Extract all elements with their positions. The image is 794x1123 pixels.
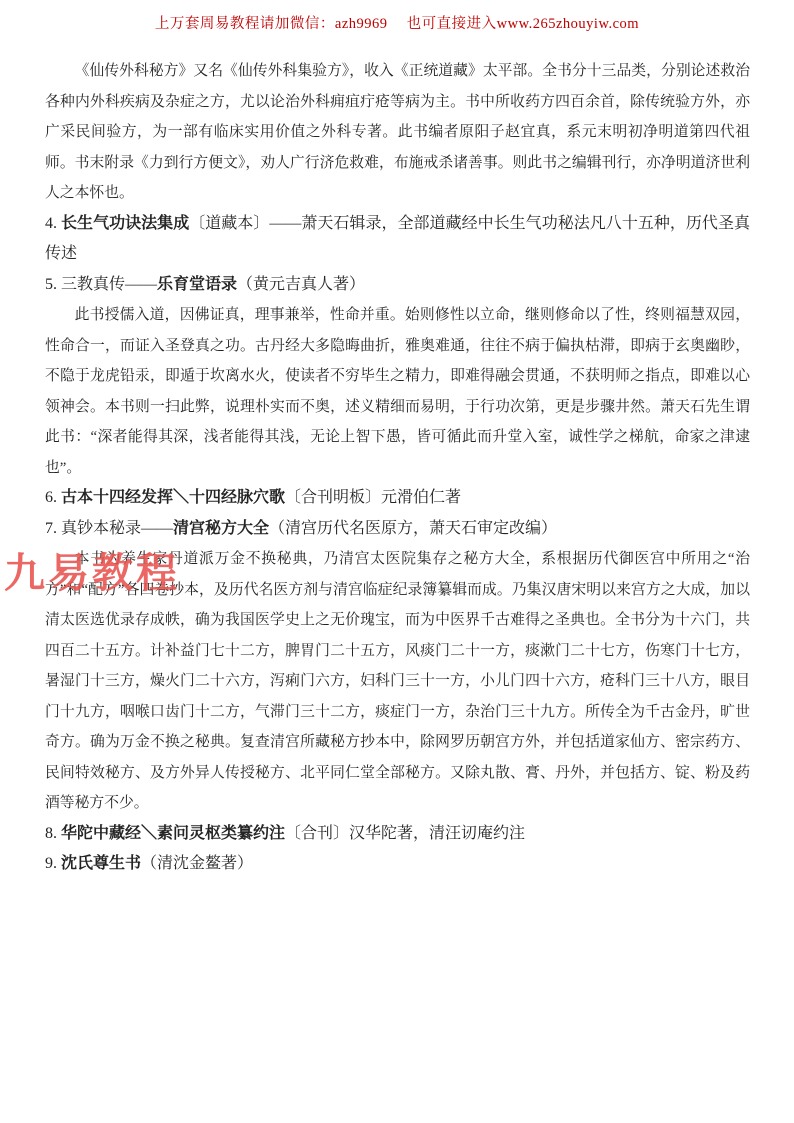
- catalog-item: 7. 真钞本秘录——清宫秘方大全（清宫历代名医原方，萧天石审定改编）: [45, 514, 750, 545]
- text-run: 《仙传外科秘方》又名《仙传外科集验方》，收入《正统道藏》太平部。全书分十三品类，…: [45, 63, 750, 201]
- text-run: （清宫历代名医原方，萧天石审定改编）: [269, 520, 557, 537]
- text-run: 〔合刊明板〕元滑伯仁著: [285, 489, 461, 506]
- promo-header-text: 上万套周易教程请加微信：azh9969 也可直接进入www.265zhouyiw…: [0, 12, 794, 33]
- book-title: 华陀中藏经＼素问灵枢类纂约注: [61, 825, 285, 842]
- book-title: 乐育堂语录: [157, 276, 237, 293]
- paragraph: 此书授儒入道，因佛证真，理事兼举，性命并重。始则修性以立命，继则修命以了性，终则…: [45, 300, 750, 483]
- text-run: 7. 真钞本秘录——: [45, 520, 173, 537]
- text-run: 5. 三教真传——: [45, 276, 157, 293]
- text-run: 6.: [45, 489, 61, 506]
- catalog-item: 9. 沈氏尊生书（清沈金鳌著）: [45, 849, 750, 880]
- text-run: 9.: [45, 855, 61, 872]
- book-title: 长生气功诀法集成: [61, 215, 189, 232]
- text-run: 4.: [45, 215, 61, 232]
- catalog-item: 6. 古本十四经发挥＼十四经脉穴歌〔合刊明板〕元滑伯仁著: [45, 483, 750, 514]
- book-title: 沈氏尊生书: [61, 855, 141, 872]
- text-run: 8.: [45, 825, 61, 842]
- paragraph: 《仙传外科秘方》又名《仙传外科集验方》，收入《正统道藏》太平部。全书分十三品类，…: [45, 56, 750, 209]
- document-page: 上万套周易教程请加微信：azh9969 也可直接进入www.265zhouyiw…: [0, 0, 794, 1123]
- catalog-item: 8. 华陀中藏经＼素问灵枢类纂约注〔合刊〕汉华陀著，清汪讱庵约注: [45, 819, 750, 850]
- text-run: 此书授儒入道，因佛证真，理事兼举，性命并重。始则修性以立命，继则修命以了性，终则…: [45, 307, 750, 476]
- book-title: 古本十四经发挥＼十四经脉穴歌: [61, 489, 285, 506]
- text-run: 〔合刊〕汉华陀著，清汪讱庵约注: [285, 825, 525, 842]
- catalog-item: 5. 三教真传——乐育堂语录（黄元吉真人著）: [45, 270, 750, 301]
- catalog-item: 4. 长生气功诀法集成〔道藏本〕——萧天石辑录，全部道藏经中长生气功秘法凡八十五…: [45, 209, 750, 270]
- text-run: （黄元吉真人著）: [237, 276, 365, 293]
- book-title: 清宫秘方大全: [173, 520, 269, 537]
- text-run: （清沈金鳌著）: [141, 855, 253, 872]
- text-run: 本书为养生家丹道派万金不换秘典，乃清宫太医院集存之秘方大全，系根据历代御医宫中所…: [45, 551, 750, 811]
- document-body: 《仙传外科秘方》又名《仙传外科集验方》，收入《正统道藏》太平部。全书分十三品类，…: [45, 56, 750, 880]
- paragraph: 本书为养生家丹道派万金不换秘典，乃清宫太医院集存之秘方大全，系根据历代御医宫中所…: [45, 544, 750, 819]
